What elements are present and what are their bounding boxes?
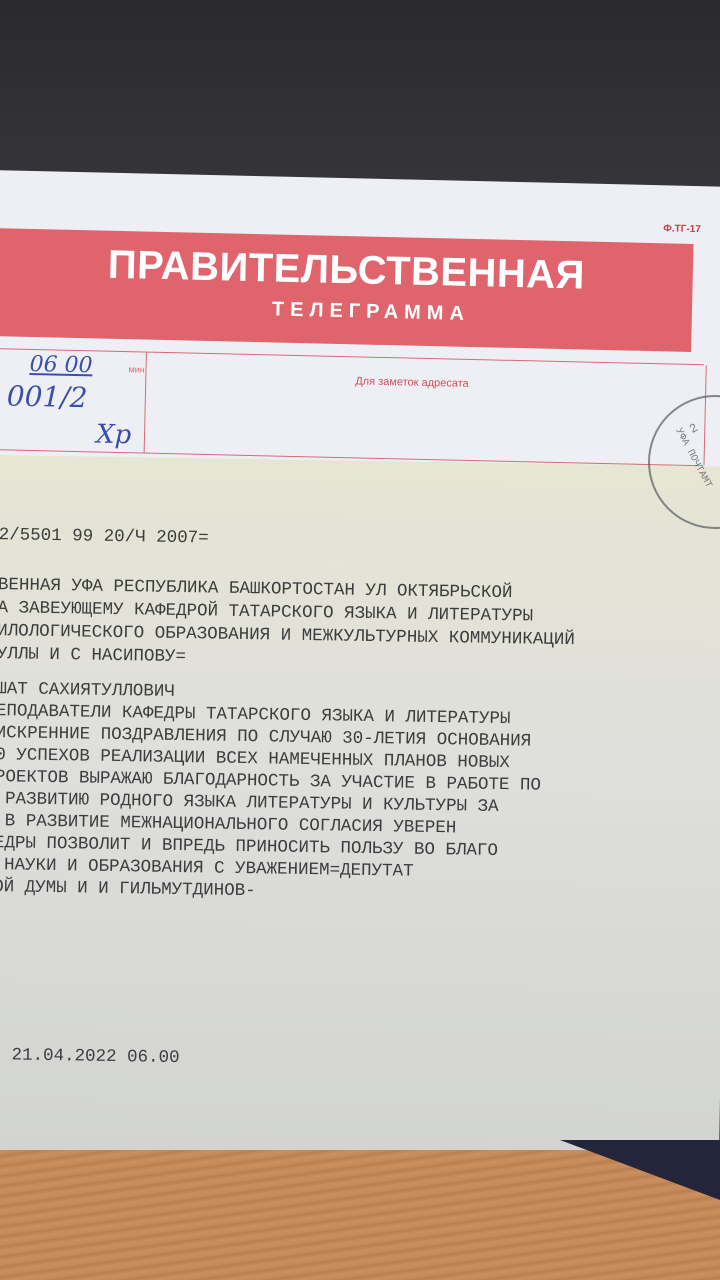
background-surface <box>0 0 720 190</box>
body-line: ШАТ САХИЯТУЛЛОВИЧ <box>0 679 175 702</box>
telegram-footer-line: Ч 21.04.2022 06.00 <box>0 1045 180 1068</box>
handwritten-number: 001/2 <box>7 379 88 414</box>
banner-subtitle: ТЕЛЕГРАММА <box>272 298 471 325</box>
body-line: ОЙ ДУМЫ И И ГИЛЬМУТДИНОВ- <box>0 877 256 901</box>
handwritten-signature: Хр <box>96 419 132 450</box>
telegram-tape: 2/5501 99 20/Ч 2007= ВЕННАЯ УФА РЕСПУБЛИ… <box>0 455 720 1167</box>
wooden-desk <box>0 1150 720 1280</box>
stamp-number: 2 <box>687 420 700 435</box>
telegram-header-line: 2/5501 99 20/Ч 2007= <box>0 525 209 548</box>
stamp-text: УФА ПОЧТАМТ <box>673 427 714 490</box>
time-cell: мин 06 00 001/2 Хр <box>0 349 147 453</box>
title-banner: ПРАВИТЕЛЬСТВЕННАЯ ТЕЛЕГРАММА <box>0 228 694 352</box>
meta-table: мин 06 00 001/2 Хр Для заметок адресата <box>0 348 704 466</box>
address-line: УЛЛЫ И С НАСИПОВУ= <box>0 644 186 667</box>
banner-title: ПРАВИТЕЛЬСТВЕННАЯ <box>107 243 585 299</box>
notes-label: Для заметок адресата <box>355 375 469 390</box>
form-code: Ф.ТГ-17 <box>663 223 701 235</box>
handwritten-time: 06 00 <box>29 352 93 378</box>
min-label: мин <box>128 364 144 374</box>
telegram-form-sheet: Ф.ТГ-17 ПРАВИТЕЛЬСТВЕННАЯ ТЕЛЕГРАММА мин… <box>0 170 720 487</box>
